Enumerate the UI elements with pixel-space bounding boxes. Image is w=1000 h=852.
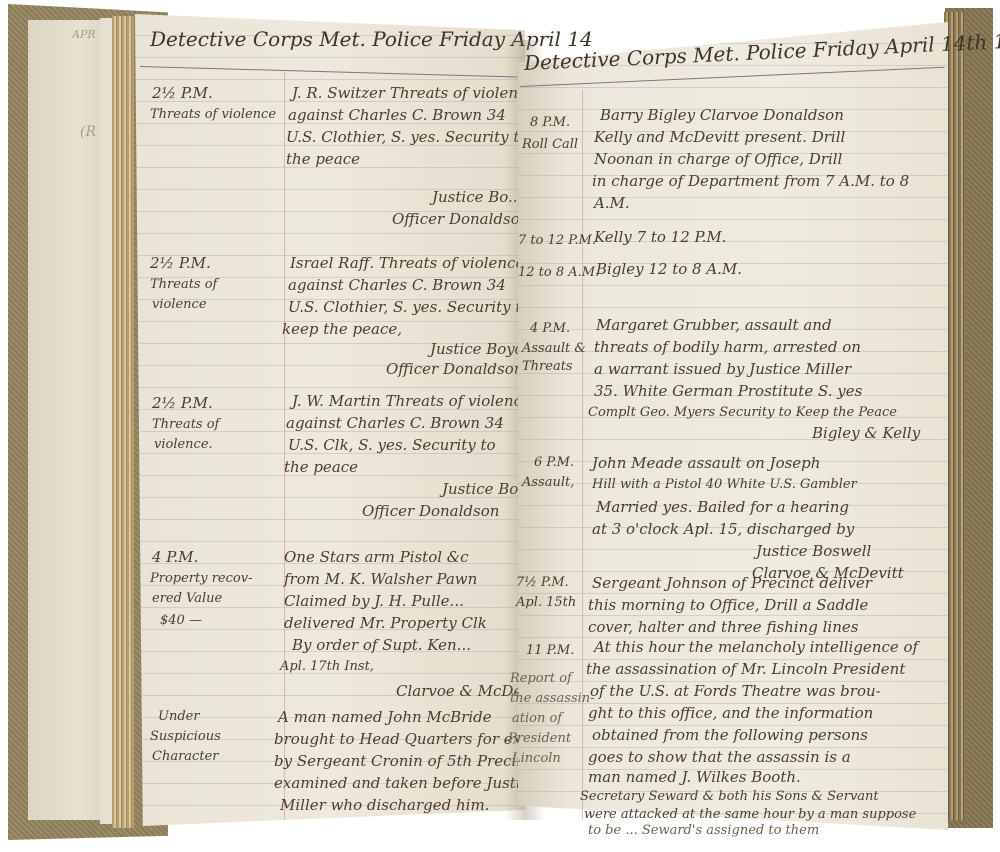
entry-type: Character xyxy=(152,746,218,768)
entry-text-line: of the U.S. at Fords Theatre was brou- xyxy=(590,680,881,702)
entry-text-line: Bigley 12 to 8 A.M. xyxy=(596,258,742,280)
entry-text-line: ght to this office, and the information xyxy=(588,702,873,724)
entry-time: 4 P.M. xyxy=(530,318,570,340)
entry-time: 7 to 12 P.M. xyxy=(518,230,596,252)
entry-text-line: the assassination of Mr. Lincoln Preside… xyxy=(586,658,905,680)
endpaper-pencil-mark: APR xyxy=(72,28,96,41)
entry-time: 2½ P.M. xyxy=(150,252,211,274)
entry-text-line: at 3 o'clock Apl. 15, discharged by xyxy=(592,518,854,540)
entry-type: violence xyxy=(152,294,207,316)
entry-type: Suspicious xyxy=(150,726,221,748)
entry-text-line: U.S. Clk, S. yes. Security to xyxy=(288,434,496,456)
column-divider xyxy=(582,90,583,820)
entry-signoff: Officer Donaldson xyxy=(362,500,499,522)
entry-text-line: One Stars arm Pistol &c xyxy=(284,546,469,568)
entry-text-line: in charge of Department from 7 A.M. to 8 xyxy=(592,170,909,192)
entry-text-line: Complt Geo. Myers Security to Keep the P… xyxy=(588,402,897,424)
entry-text-line: Sergeant Johnson of Precinct deliver xyxy=(592,572,872,594)
entry-type: Under xyxy=(158,706,200,728)
entry-type: ered Value xyxy=(152,588,222,610)
entry-type: ation of xyxy=(512,708,562,730)
entry-text-line: goes to show that the assassin is a xyxy=(588,746,851,768)
entry-text-line: cover, halter and three fishing lines xyxy=(588,616,858,638)
entry-text-line: examined and taken before Justice xyxy=(274,772,538,794)
entry-text-line: Israel Raff. Threats of violence xyxy=(290,252,524,274)
entry-text-line: J. R. Switzer Threats of violence xyxy=(292,82,535,104)
entry-text-line: Noonan in charge of Office, Drill xyxy=(594,148,842,170)
entry-type: Lincoln xyxy=(512,748,561,770)
entry-text-line: A man named John McBride xyxy=(278,706,492,728)
entry-time: 8 P.M. xyxy=(530,112,570,134)
entry-date: Apl. 15th xyxy=(516,592,576,614)
entry-text-line: Married yes. Bailed for a hearing xyxy=(596,496,849,518)
entry-text-line: threats of bodily harm, arrested on xyxy=(594,336,861,358)
entry-type: Threats xyxy=(522,356,573,378)
entry-type: Threats of xyxy=(150,274,217,296)
entry-text-line: U.S. Clothier, S. yes. Security to xyxy=(288,296,530,318)
entry-text-line: man named J. Wilkes Booth. xyxy=(588,766,801,788)
entry-text-line: 35. White German Prostitute S. yes xyxy=(594,380,862,402)
entry-text-line: a warrant issued by Justice Miller xyxy=(594,358,851,380)
entry-text-line: to be ... Seward's assigned to them xyxy=(588,820,819,842)
entry-type: Property recov- xyxy=(150,568,252,590)
entry-text-line: John Meade assault on Joseph xyxy=(592,452,820,474)
open-ledger-book: APR (R Detective Corps Met. Police Frida… xyxy=(0,0,1000,852)
entry-text-line: the peace xyxy=(286,148,360,170)
entry-text-line: Hill with a Pistol 40 White U.S. Gambler xyxy=(592,474,857,496)
entry-signoff: Officer Donaldson xyxy=(386,358,523,380)
entry-text-line: this morning to Office, Drill a Saddle xyxy=(588,594,868,616)
entry-text-line: J. W. Martin Threats of violence xyxy=(292,390,531,412)
entry-type: Roll Call xyxy=(522,134,578,156)
entry-text-line: from M. K. Walsher Pawn xyxy=(284,568,477,590)
entry-text-line: delivered Mr. Property Clk xyxy=(284,612,487,634)
entry-text-line: Kelly 7 to 12 P.M. xyxy=(594,226,726,248)
entry-type: violence. xyxy=(154,434,213,456)
entry-text-line: against Charles C. Brown 34 xyxy=(288,274,506,296)
entry-time: 12 to 8 A.M. xyxy=(518,262,599,284)
entry-text-line: By order of Supt. Ken... xyxy=(292,634,471,656)
entry-text-line: keep the peace, xyxy=(282,318,402,340)
entry-text-line: Kelly and McDevitt present. Drill xyxy=(594,126,845,148)
entry-text-line: Miller who discharged him. xyxy=(280,794,489,816)
entry-type: Threats of violence xyxy=(150,104,276,126)
entry-value: $40 — xyxy=(160,610,202,632)
entry-text-line: At this hour the melancholy intelligence… xyxy=(594,636,918,658)
entry-time: 7½ P.M. xyxy=(516,572,569,594)
entry-text-line: A.M. xyxy=(594,192,630,214)
entry-type: Report of xyxy=(510,668,572,690)
entry-text-line: Claimed by J. H. Pulle... xyxy=(284,590,464,612)
left-page-edges xyxy=(112,16,134,828)
entry-time: 2½ P.M. xyxy=(152,82,213,104)
entry-text-line: Barry Bigley Clarvoe Donaldson xyxy=(600,104,844,126)
endpaper-pencil-mark: (R xyxy=(80,124,96,140)
entry-time: 4 P.M. xyxy=(152,546,198,568)
entry-time: 2½ P.M. xyxy=(152,392,213,414)
entry-text-line: against Charles C. Brown 34 xyxy=(286,412,504,434)
entry-time: 6 P.M. xyxy=(534,452,574,474)
entry-text-line: obtained from the following persons xyxy=(592,724,868,746)
entry-type: Threats of xyxy=(152,414,219,436)
entry-signoff: Justice Boswell xyxy=(756,540,871,562)
entry-text-line: Margaret Grubber, assault and xyxy=(596,314,832,336)
entry-time: 11 P.M. xyxy=(526,640,574,662)
entry-type: the assassin- xyxy=(510,688,595,710)
entry-text-line: against Charles C. Brown 34 xyxy=(288,104,506,126)
entry-text-line: the peace xyxy=(284,456,358,478)
entry-text-line: Apl. 17th Inst, xyxy=(280,656,374,678)
entry-type: Assault, xyxy=(522,472,574,494)
entry-signoff: Bigley & Kelly xyxy=(812,422,920,444)
entry-type: President xyxy=(508,728,571,750)
entry-text-line: by Sergeant Cronin of 5th Precinct xyxy=(274,750,540,772)
